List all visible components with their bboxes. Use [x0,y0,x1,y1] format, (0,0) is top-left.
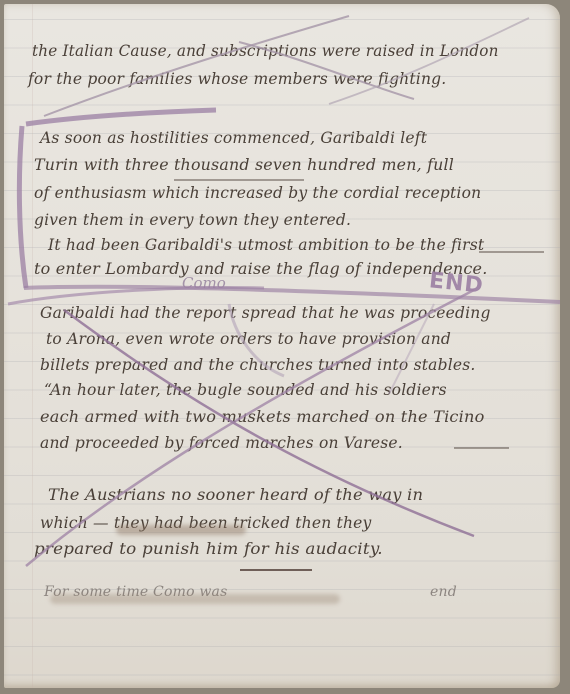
editorial-marks [4,4,560,688]
scanned-page: the Italian Cause, and subscriptions wer… [0,0,570,694]
notebook-sheet: the Italian Cause, and subscriptions wer… [4,4,560,688]
